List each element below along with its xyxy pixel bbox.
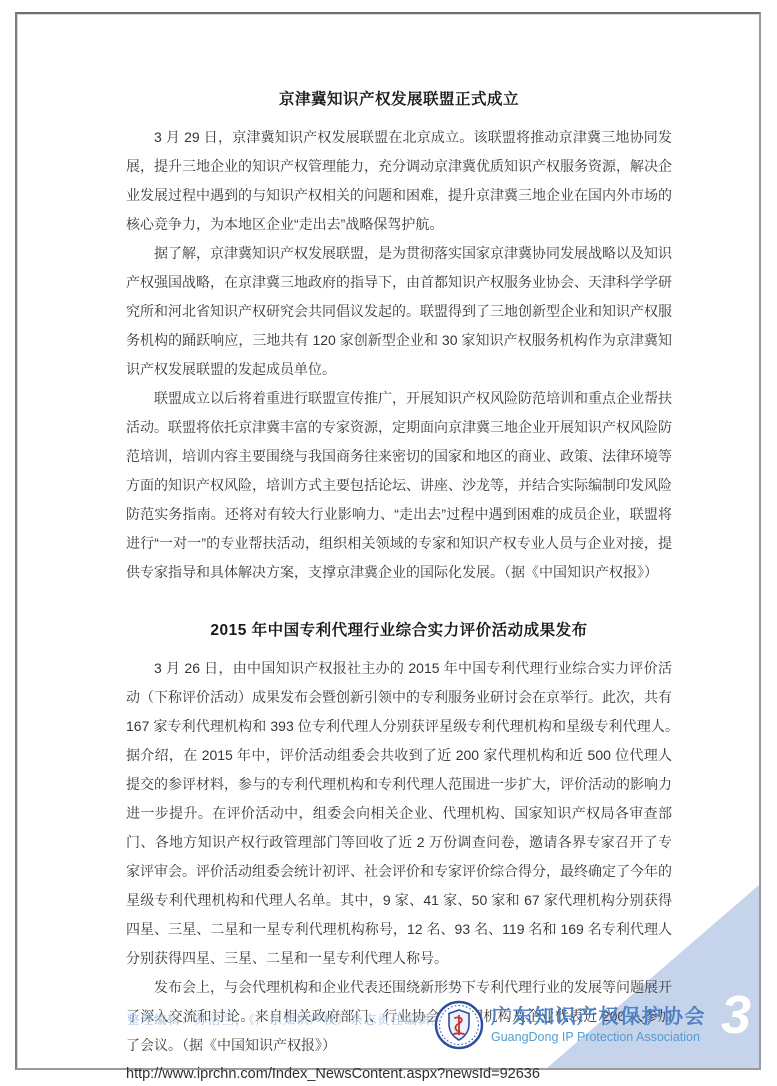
article-paragraph: 3 月 29 日，京津冀知识产权发展联盟在北京成立。该联盟将推动京津冀三地协同发… xyxy=(126,123,672,239)
article-title: 京津冀知识产权发展联盟正式成立 xyxy=(126,87,672,109)
article-paragraph: 联盟成立以后将着重进行联盟宣传推广，开展知识产权风险防范培训和重点企业帮扶活动。… xyxy=(126,384,672,587)
association-name-en: GuangDong IP Protection Association xyxy=(491,1029,706,1046)
page-footer: 整理编辑：苏洁兰，《广东知识产权》杂志责任编辑。 广东知识产权保护协会 Guan… xyxy=(17,986,759,1052)
article-paragraph: 据了解，京津冀知识产权发展联盟，是为贯彻落实国家京津冀协同发展战略以及知识产权强… xyxy=(126,239,672,384)
source-url: http://www.iprchn.com/Index_NewsContent.… xyxy=(126,1060,672,1086)
association-name-cn: 广东知识产权保护协会 xyxy=(491,1005,706,1029)
article-paragraph: 3 月 26 日，由中国知识产权报社主办的 2015 年中国专利代理行业综合实力… xyxy=(126,654,672,973)
article-title: 2015 年中国专利代理行业综合实力评价活动成果发布 xyxy=(126,618,672,640)
association-emblem-icon xyxy=(434,1000,484,1050)
association-names: 广东知识产权保护协会 GuangDong IP Protection Assoc… xyxy=(491,1005,706,1046)
document-page: 京津冀知识产权发展联盟正式成立 3 月 29 日，京津冀知识产权发展联盟在北京成… xyxy=(15,12,761,1070)
page-number: 3 xyxy=(721,988,751,1042)
article-jingjinji-alliance: 京津冀知识产权发展联盟正式成立 3 月 29 日，京津冀知识产权发展联盟在北京成… xyxy=(126,87,672,587)
editor-note: 整理编辑：苏洁兰，《广东知识产权》杂志责任编辑。 xyxy=(127,1010,445,1028)
association-logo: 广东知识产权保护协会 GuangDong IP Protection Assoc… xyxy=(434,1000,706,1050)
page-content: 京津冀知识产权发展联盟正式成立 3 月 29 日，京津冀知识产权发展联盟在北京成… xyxy=(126,87,672,1086)
